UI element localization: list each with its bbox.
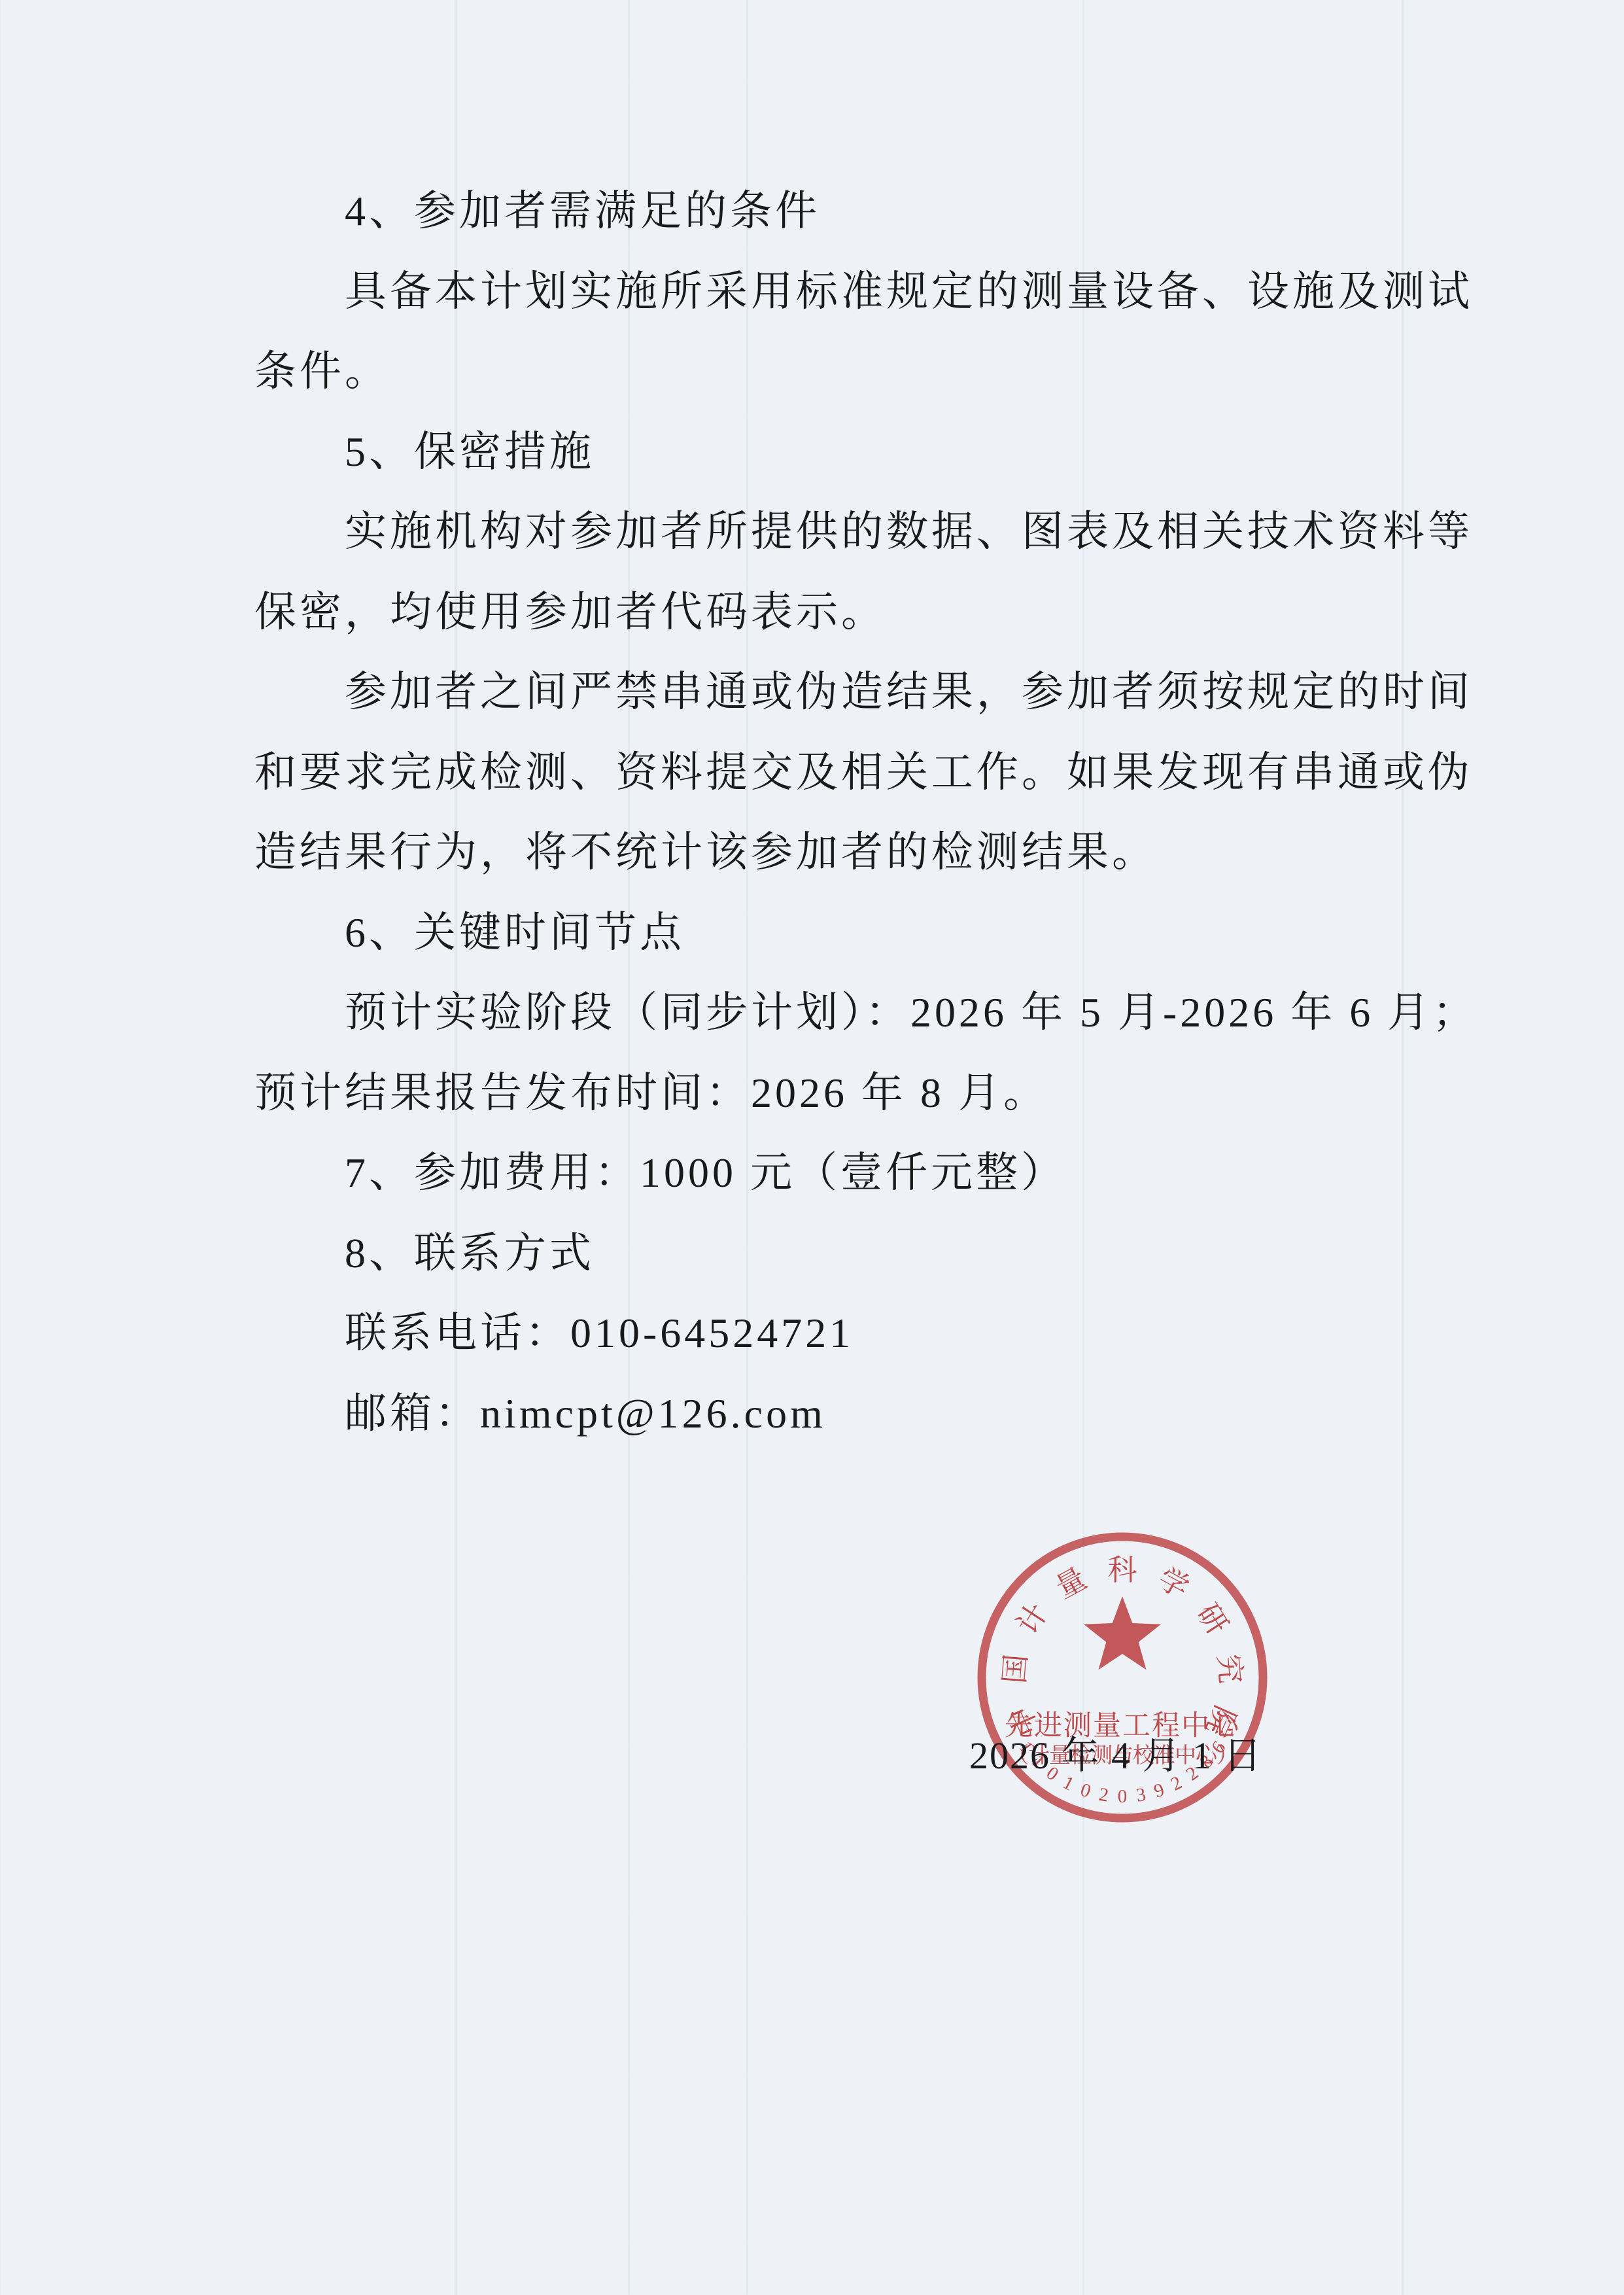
text-line: 6、关键时间节点 bbox=[254, 893, 1477, 973]
text-line: 实施机构对参加者所提供的数据、图表及相关技术资料等 bbox=[254, 492, 1477, 572]
text-line: 参加者之间严禁串通或伪造结果，参加者须按规定的时间 bbox=[254, 652, 1477, 733]
issue-date: 2026 年 4 月 1 日 bbox=[969, 1725, 1263, 1779]
text-line: 8、联系方式 bbox=[254, 1214, 1477, 1294]
svg-text:0: 0 bbox=[1078, 1779, 1094, 1802]
text-line: 5、保密措施 bbox=[254, 412, 1477, 493]
document-body: 4、参加者需满足的条件具备本计划实施所采用标准规定的测量设备、设施及测试条件。5… bbox=[254, 171, 1477, 1454]
svg-text:计: 计 bbox=[1011, 1598, 1054, 1640]
official-seal: 中国计量科学研究院 先进测量工程中心 （计量检测与校准中心） 110102039… bbox=[972, 1527, 1273, 1828]
svg-text:9: 9 bbox=[1151, 1779, 1167, 1802]
svg-text:国: 国 bbox=[998, 1653, 1033, 1685]
text-line: 预计结果报告发布时间：2026 年 8 月。 bbox=[254, 1053, 1477, 1134]
text-line: 保密，均使用参加者代码表示。 bbox=[254, 572, 1477, 653]
text-line: 造结果行为，将不统计该参加者的检测结果。 bbox=[254, 813, 1477, 893]
svg-text:研: 研 bbox=[1190, 1598, 1234, 1640]
svg-text:学: 学 bbox=[1153, 1562, 1194, 1604]
svg-text:科: 科 bbox=[1107, 1554, 1137, 1586]
text-line: 预计实验阶段（同步计划）：2026 年 5 月-2026 年 6 月； bbox=[254, 973, 1477, 1053]
svg-text:0: 0 bbox=[1118, 1786, 1128, 1807]
text-line: 和要求完成检测、资料提交及相关工作。如果发现有串通或伪 bbox=[254, 733, 1477, 813]
svg-text:量: 量 bbox=[1050, 1562, 1092, 1604]
svg-text:究: 究 bbox=[1212, 1653, 1247, 1685]
svg-text:3: 3 bbox=[1135, 1784, 1147, 1806]
text-line: 联系电话：010-64524721 bbox=[254, 1293, 1477, 1374]
text-line: 邮箱：nimcpt@126.com bbox=[254, 1374, 1477, 1454]
text-line: 具备本计划实施所采用标准规定的测量设备、设施及测试 bbox=[254, 252, 1477, 332]
text-line: 条件。 bbox=[254, 332, 1477, 412]
text-line: 4、参加者需满足的条件 bbox=[254, 171, 1477, 252]
star-icon bbox=[1084, 1596, 1161, 1670]
document-page: 4、参加者需满足的条件具备本计划实施所采用标准规定的测量设备、设施及测试条件。5… bbox=[0, 0, 1624, 2295]
text-line: 7、参加费用：1000 元（壹仟元整） bbox=[254, 1133, 1477, 1214]
svg-text:2: 2 bbox=[1097, 1784, 1110, 1806]
